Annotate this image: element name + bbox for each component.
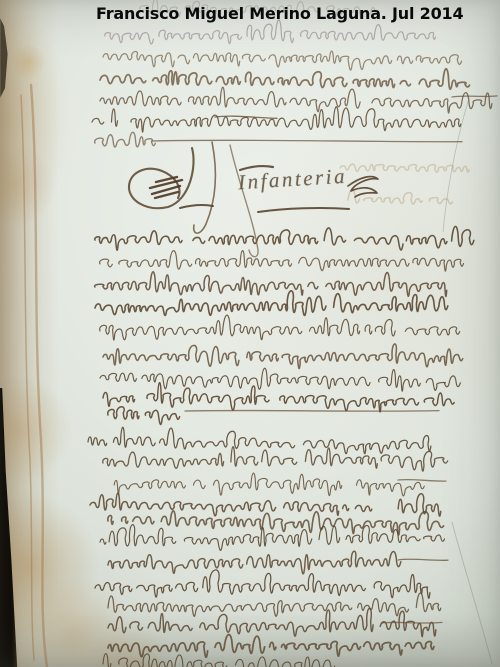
manuscript-photo: Infanteria Francisco Miguel Merino Lagun… bbox=[0, 0, 500, 667]
handwriting-illustration bbox=[0, 0, 500, 667]
photo-caption: Francisco Miguel Merino Laguna. Jul 2014 bbox=[96, 3, 463, 25]
